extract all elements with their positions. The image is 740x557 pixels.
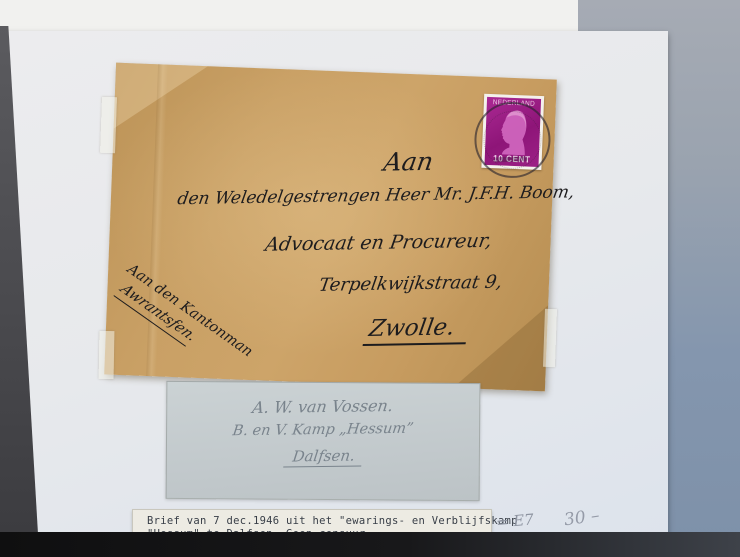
glassine-slip: A. W. van Vossen. B. en V. Kamp „Hessum”… [166, 381, 481, 501]
address-line-city: Zwolle. [363, 314, 471, 346]
caption-line-1: Brief van 7 dec.1946 uit het "ewarings- … [147, 515, 491, 528]
bottom-edge-shadow [0, 532, 740, 557]
pencil-lot-code: = E7 [495, 510, 534, 531]
photo-stage: NEDERLAND 10 CENT Aan den Weledelgestren… [0, 0, 740, 557]
mounting-tape [99, 331, 115, 379]
slip-line-sender-name: A. W. van Vossen. [166, 395, 480, 418]
pencil-price: 30 – [563, 506, 601, 531]
mounting-tape [543, 309, 557, 367]
album-page: NEDERLAND 10 CENT Aan den Weledelgestren… [2, 31, 668, 540]
address-line-title: Advocaat en Procureur, [264, 230, 494, 256]
address-line-street: Terpelkwijkstraat 9, [317, 272, 503, 296]
slip-text: A. W. van Vossen. B. en V. Kamp „Hessum”… [167, 391, 480, 469]
envelope: NEDERLAND 10 CENT Aan den Weledelgestren… [104, 63, 557, 392]
address-line-salutation: Aan [382, 147, 436, 177]
slip-line-place: Dalfsen. [283, 446, 364, 467]
slip-line-camp: B. en V. Kamp „Hessum” [166, 420, 480, 440]
address-line-name: den Weledelgestrengen Heer Mr. J.F.H. Bo… [176, 182, 576, 209]
mounting-tape [100, 97, 117, 153]
